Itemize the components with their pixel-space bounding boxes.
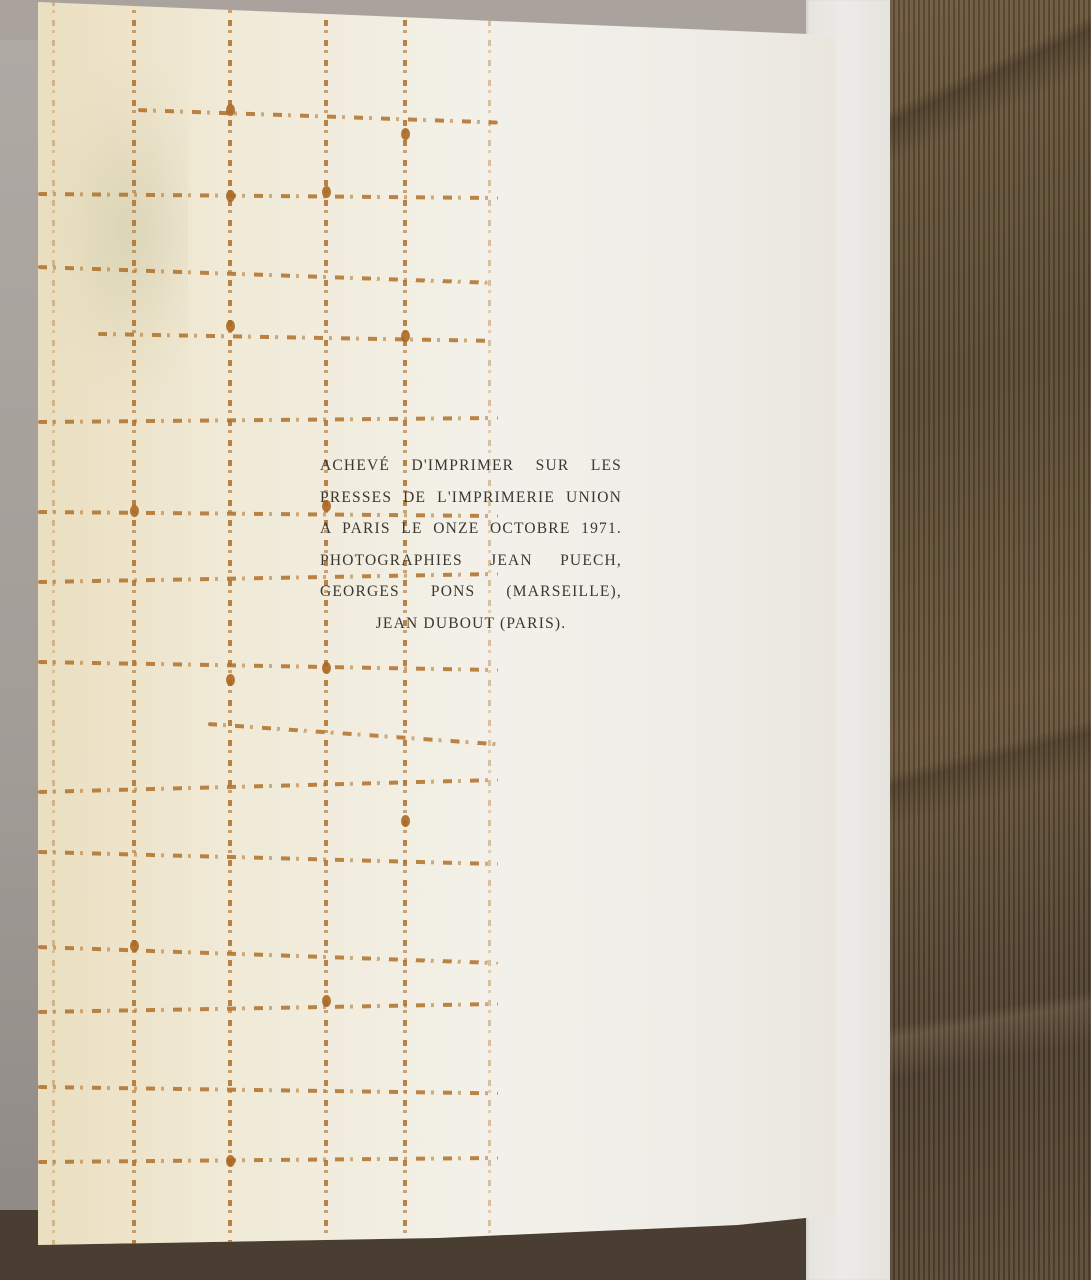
rust-blot	[226, 1155, 235, 1167]
rust-stain-vertical-line	[132, 0, 136, 1245]
rust-blot	[401, 815, 410, 827]
rust-blot	[226, 104, 235, 116]
rust-blot	[322, 995, 331, 1007]
rust-blot	[322, 662, 331, 674]
rust-blot	[130, 940, 139, 952]
rust-blot	[401, 128, 410, 140]
colophon-line: PHOTOGRAPHIES JEAN PUECH,	[320, 545, 622, 577]
colophon-text: ACHEVÉ D'IMPRIMER SUR LES PRESSES DE L'I…	[320, 450, 622, 639]
colophon-line: ACHEVÉ D'IMPRIMER SUR LES	[320, 450, 622, 482]
rust-blot	[226, 674, 235, 686]
rust-stain-vertical-line	[52, 0, 55, 1245]
photo-scene: ACHEVÉ D'IMPRIMER SUR LES PRESSES DE L'I…	[0, 0, 1091, 1280]
colophon-line: JEAN DUBOUT (PARIS).	[320, 608, 622, 640]
rust-blot	[401, 330, 410, 342]
cover-fold-creases	[888, 0, 1091, 1280]
colophon-line: PRESSES DE L'IMPRIMERIE UNION	[320, 482, 622, 514]
colophon-line: A PARIS LE ONZE OCTOBRE 1971.	[320, 513, 622, 545]
rust-stain-vertical-line	[228, 0, 232, 1245]
rust-blot	[130, 505, 139, 517]
rust-blot	[226, 190, 235, 202]
colophon-line: GEORGES PONS (MARSEILLE),	[320, 576, 622, 608]
rust-blot	[322, 186, 331, 198]
rust-blot	[226, 320, 235, 332]
